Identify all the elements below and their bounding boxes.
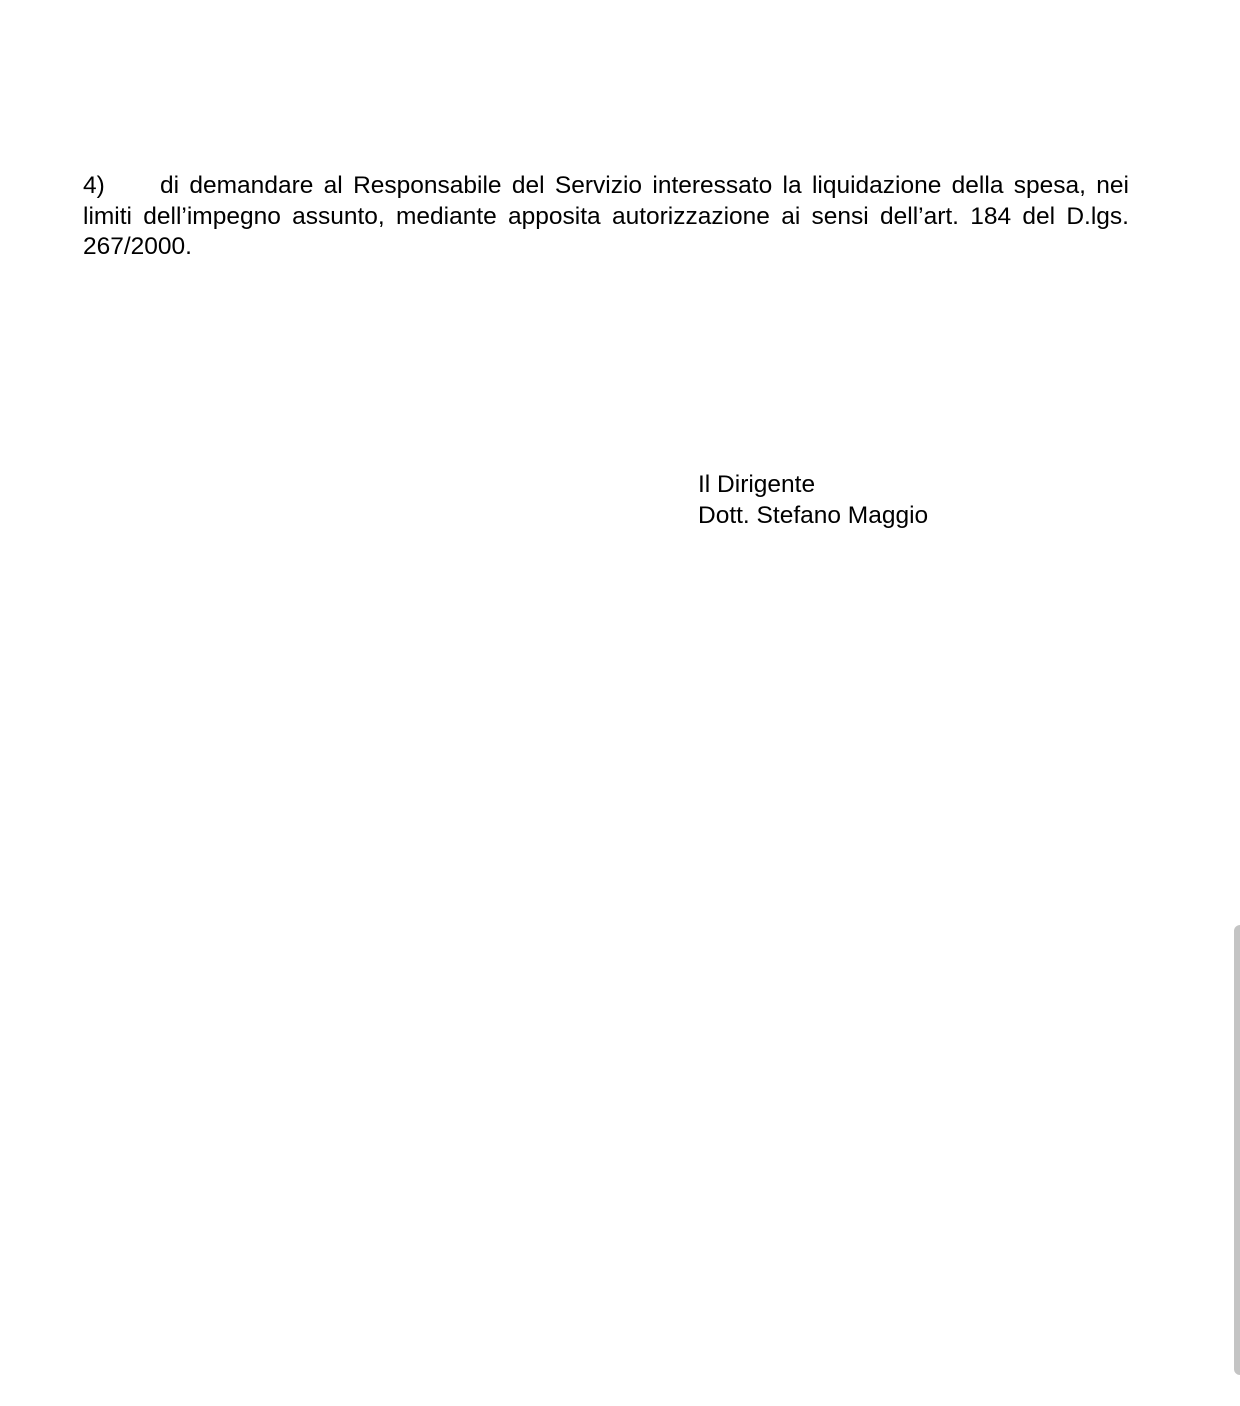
vertical-scrollbar-thumb[interactable] bbox=[1234, 925, 1240, 1375]
signature-name: Dott. Stefano Maggio bbox=[698, 501, 928, 532]
document-page: 4)di demandare al Responsabile del Servi… bbox=[0, 0, 1240, 1406]
item-text: di demandare al Responsabile del Servizi… bbox=[83, 172, 1129, 260]
paragraph-item-4: 4)di demandare al Responsabile del Servi… bbox=[83, 171, 1129, 263]
signature-block: Il Dirigente Dott. Stefano Maggio bbox=[698, 470, 928, 531]
signature-role: Il Dirigente bbox=[698, 470, 928, 501]
item-number: 4) bbox=[83, 171, 160, 202]
